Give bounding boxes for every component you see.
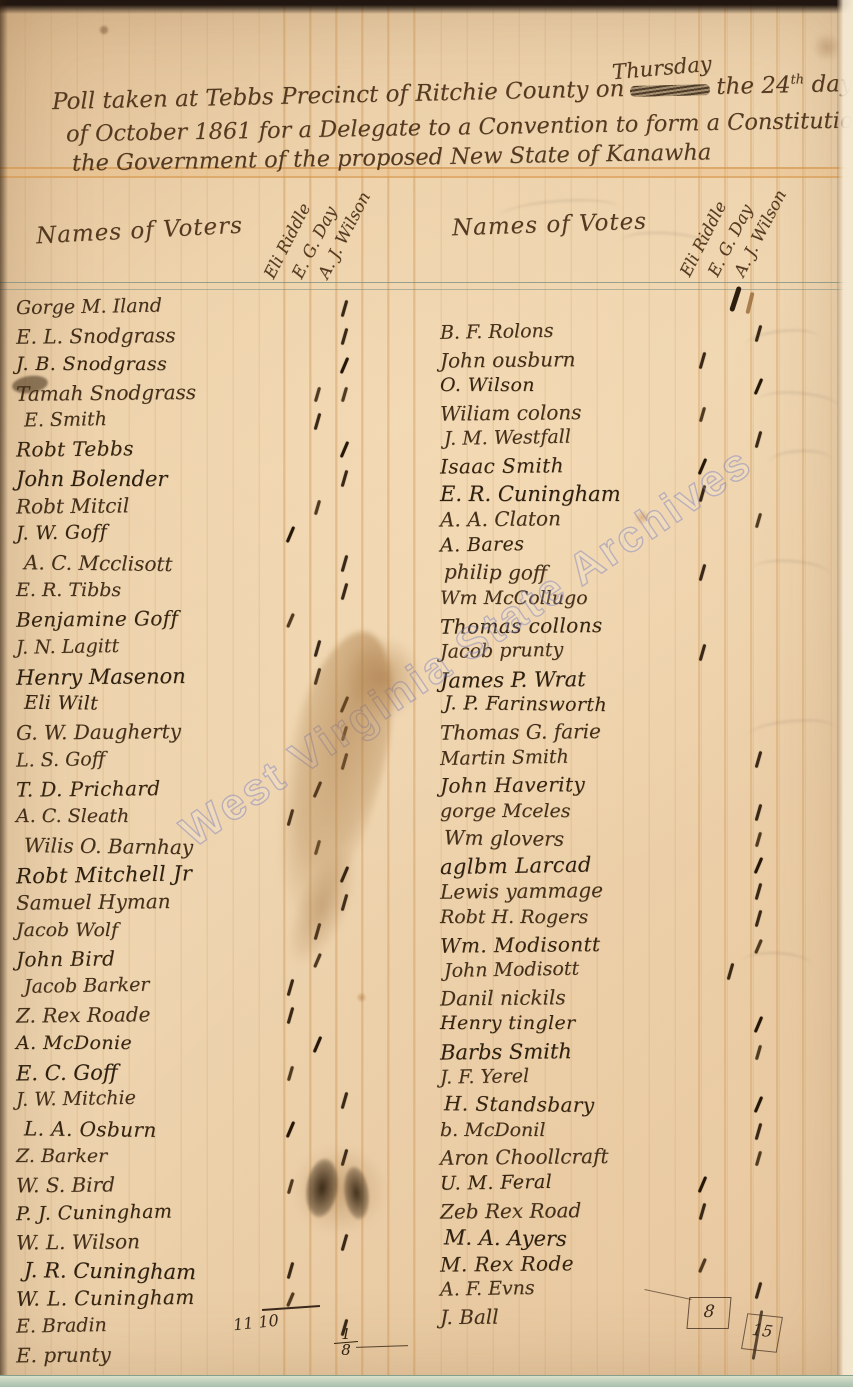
voter-row: gorge Mceles (420, 800, 853, 827)
voter-name: A. C. Mcclisott (0, 550, 173, 577)
voter-name: Gorge M. Iland (0, 295, 162, 322)
voter-row: A. McDonie (0, 1032, 420, 1060)
tally-mark (699, 564, 707, 581)
tally-mark (341, 328, 349, 345)
voter-name: Wiliam colons (420, 400, 582, 427)
tally-mark (754, 939, 763, 954)
table-top-double-rule (0, 282, 853, 290)
voter-name: Jacob Barker (0, 974, 150, 1000)
voter-name: E. L. Snodgrass (0, 323, 176, 350)
tally-mark (699, 1203, 707, 1220)
voter-name: E. C. Goff (0, 1059, 118, 1086)
page-left-edge (0, 0, 8, 1387)
voter-name: G. W. Daugherty (0, 720, 181, 747)
voter-name: Wilis O. Barnhay (0, 832, 193, 859)
page-bottom-edge (0, 1375, 853, 1387)
voter-name: b. McDonil (420, 1119, 545, 1143)
voter-row: J. F. Yerel (420, 1066, 853, 1093)
tally-mark (754, 1017, 763, 1034)
voter-name: Z. Rex Roade (0, 1003, 151, 1030)
voter-row: J. N. Lagitt (0, 636, 420, 664)
voter-row: Aron Choollcraft (420, 1145, 853, 1172)
tally-mark (755, 832, 762, 847)
voter-row: Robt Mitchell Jr (0, 862, 420, 890)
tally-mark (341, 387, 348, 402)
voter-name: J. N. Lagitt (0, 635, 119, 661)
voter-name: L. A. Osburn (0, 1116, 157, 1143)
tally-mark (341, 894, 349, 911)
voter-name: A. Bares (420, 533, 525, 559)
voter-name: M. A. Ayers (420, 1224, 567, 1252)
fraction-numerator: 1 (334, 1328, 358, 1341)
tally-mark (755, 804, 763, 821)
tally-mark (341, 1149, 349, 1166)
voter-row: Jacob Barker (0, 975, 420, 1003)
voter-name: Aron Choollcraft (420, 1144, 609, 1171)
tally-mark (314, 413, 322, 430)
voter-name: gorge Mceles (420, 800, 571, 824)
voter-row: J. W. Goff (0, 522, 420, 550)
tally-mark (314, 387, 321, 402)
tally-mark (755, 431, 763, 448)
voter-name: Benjamine Goff (0, 606, 179, 633)
tally-mark (314, 840, 321, 855)
tally-mark (755, 910, 763, 927)
page-top-edge (0, 0, 853, 14)
tally-mark (287, 809, 295, 826)
tally-mark (727, 963, 735, 980)
tally-mark (754, 378, 763, 395)
voter-row: Jacob Wolf (0, 919, 420, 947)
scratched-out-word (630, 84, 710, 97)
voter-row: W. S. Bird (0, 1173, 420, 1201)
voter-row: W. L. Cuningham (0, 1286, 420, 1314)
voter-row: J. R. Cuningham (0, 1258, 420, 1286)
voter-row: J. Ball (420, 1305, 853, 1332)
voter-row: James P. Wrat (420, 667, 853, 694)
fraction-denominator: 8 (334, 1344, 358, 1357)
tally-mark (340, 357, 349, 374)
tally-mark (287, 1007, 295, 1024)
voter-row: Samuel Hyman (0, 890, 420, 918)
voter-row: U. M. Feral (420, 1172, 853, 1199)
voter-row: Wm. Modisontt (420, 933, 853, 960)
tally-mark (314, 922, 322, 939)
voter-name: Danil nickils (420, 985, 566, 1012)
voter-name: John Bolender (0, 466, 167, 492)
voter-row: aglbm Larcad (420, 853, 853, 880)
voter-row: E. C. Goff (0, 1060, 420, 1088)
voter-name: U. M. Feral (420, 1171, 553, 1197)
poll-document-page: Poll taken at Tebbs Precinct of Ritchie … (0, 0, 853, 1387)
voter-name: H. Standsbary (420, 1091, 595, 1118)
tally-mark (287, 1179, 294, 1194)
voter-name: Thomas G. farie (420, 719, 601, 746)
voter-name: A. C. Sleath (0, 805, 129, 829)
tally-mark (340, 866, 349, 883)
stray-tally-mark (745, 292, 754, 314)
voter-name: T. D. Prichard (0, 776, 161, 803)
voter-name: John Modisott (420, 958, 580, 985)
voter-name: Z. Barker (0, 1145, 107, 1169)
voter-row: E. L. Snodgrass (0, 324, 420, 352)
voter-row: Danil nickils (420, 986, 853, 1013)
title-text-mid: the 24 (716, 72, 791, 100)
ordinal-superscript: th (790, 72, 804, 87)
voter-name: W. L. Wilson (0, 1229, 140, 1255)
title-text-pre: Poll taken at Tebbs Precinct of Ritchie … (52, 76, 625, 115)
voter-row: Henry Masenon (0, 664, 420, 692)
tally-mark (286, 1292, 295, 1307)
voter-name: J. W. Goff (0, 521, 107, 547)
voter-row: L. S. Goff (0, 749, 420, 777)
voter-name: Tamah Snodgrass (0, 380, 196, 407)
voter-name: Robt Mitchell Jr (0, 860, 193, 890)
voter-name: E. prunty (0, 1342, 111, 1368)
right-voter-list: B. F. RolonsJohn ousburnO. WilsonWiliam … (420, 321, 853, 1332)
voter-name: W. L. Cuningham (0, 1285, 195, 1312)
voter-name: Robt H. Rogers (420, 906, 588, 930)
voter-name: Jacob Wolf (0, 919, 118, 943)
tally-mark (313, 953, 322, 968)
names-of-voters-header-left: Names of Voters (35, 213, 243, 250)
voter-row: Wm glovers (420, 826, 853, 853)
voter-name: Henry tingler (420, 1012, 576, 1036)
voter-row: A. F. Evns (420, 1278, 853, 1305)
voter-row: John Bird (0, 947, 420, 975)
document-title-line-2: of October 1861 for a Delegate to a Conv… (66, 107, 853, 148)
tally-mark (755, 325, 763, 342)
voter-row: L. A. Osburn (0, 1117, 420, 1145)
tally-mark (754, 857, 763, 874)
voter-name: aglbm Larcad (420, 851, 592, 880)
voter-name: John ousburn (420, 347, 576, 374)
voter-name: Lewis yammage (420, 879, 603, 906)
voter-name: Robt Mitcil (0, 493, 129, 519)
voter-row: Robt H. Rogers (420, 906, 853, 933)
tally-mark (286, 526, 295, 543)
tally-mark (698, 1258, 707, 1273)
voter-row: E. R. Tibbs (0, 579, 420, 607)
tally-mark (699, 352, 707, 369)
voter-name: John Haverity (420, 772, 585, 799)
voter-row: Thomas G. farie (420, 720, 853, 747)
tally-mark (313, 1036, 322, 1053)
voter-name: J. B. Snodgrass (0, 353, 167, 377)
voter-name: Samuel Hyman (0, 889, 171, 916)
tally-mark (755, 1045, 762, 1060)
voter-name: A. F. Evns (420, 1277, 535, 1303)
voter-name: P. J. Cuningham (0, 1200, 173, 1227)
voter-name: L. S. Goff (0, 748, 105, 774)
voter-row: A. C. Mcclisott (0, 551, 420, 579)
voter-name: E. R. Tibbs (0, 579, 121, 603)
voter-name: J. W. Mitchie (0, 1087, 136, 1113)
voter-name: Isaac Smith (420, 453, 564, 480)
voter-name: Henry Masenon (0, 663, 186, 691)
voter-row: John Bolender (0, 466, 420, 494)
voter-row: P. J. Cuningham (0, 1202, 420, 1230)
voter-row: Henry tingler (420, 1012, 853, 1039)
tally-mark (755, 1123, 763, 1140)
voter-row: M. Rex Rode (420, 1252, 853, 1279)
tally-mark (698, 1176, 707, 1193)
voter-row: Benjamine Goff (0, 607, 420, 635)
voter-name: Robt Tebbs (0, 437, 134, 463)
tally-mark (755, 750, 763, 767)
tally-mark (755, 1151, 762, 1166)
tally-mark (755, 1282, 763, 1299)
voter-name: J. F. Yerel (420, 1065, 529, 1091)
voter-row: John ousburn (420, 348, 853, 375)
voter-row: J. P. Farinsworth (420, 693, 853, 720)
tally-mark (286, 613, 295, 628)
voter-name: Barbs Smith (420, 1038, 572, 1066)
tally-mark (755, 883, 763, 900)
voter-row: Lewis yammage (420, 879, 853, 906)
voter-name: Zeb Rex Road (420, 1198, 582, 1225)
voter-name: E. Smith (0, 408, 107, 434)
tally-mark (286, 1121, 295, 1138)
voter-row: J. M. Westfall (420, 427, 853, 454)
tally-mark (341, 1092, 349, 1109)
voter-name: John Bird (0, 946, 115, 972)
voter-name: E. R. Cuningham (420, 481, 621, 507)
tally-mark (314, 639, 322, 656)
document-title-line-1: Poll taken at Tebbs Precinct of Ritchie … (52, 71, 853, 115)
voter-row: J. B. Snodgrass (0, 353, 420, 381)
voter-row: John Haverity (420, 773, 853, 800)
voter-row: John Modisott (420, 959, 853, 986)
voter-row: Z. Barker (0, 1145, 420, 1173)
voter-row: Tamah Snodgrass (0, 381, 420, 409)
tally-fraction: 1 8 (334, 1328, 358, 1357)
voter-row: M. A. Ayers (420, 1225, 853, 1252)
boxed-count-note: 15 (741, 1313, 783, 1353)
voter-name: A. McDonie (0, 1032, 132, 1056)
voter-row: H. Standsbary (420, 1092, 853, 1119)
voter-row: Wiliam colons (420, 401, 853, 428)
voter-name: J. M. Westfall (420, 426, 571, 452)
voter-name: M. Rex Rode (420, 1251, 574, 1278)
voter-name: Eli Wilt (0, 692, 98, 717)
tally-mark (341, 470, 349, 487)
tally-mark (314, 668, 322, 685)
tally-mark (341, 583, 349, 600)
voter-name: J. P. Farinsworth (420, 692, 607, 718)
tally-mark (314, 500, 321, 515)
voter-row: philip goff (420, 560, 853, 587)
tally-mark (341, 300, 349, 317)
voter-name: W. S. Bird (0, 1173, 115, 1199)
tally-mark (340, 442, 349, 459)
paper-stain-spot (100, 26, 108, 34)
voter-row: Robt Mitcil (0, 494, 420, 522)
tally-mark (287, 979, 295, 996)
voter-name: Wm glovers (420, 825, 564, 852)
voter-row: Z. Rex Roade (0, 1003, 420, 1031)
voter-name: B. F. Rolons (420, 320, 554, 346)
tally-mark (699, 644, 707, 661)
voter-row: Zeb Rex Road (420, 1199, 853, 1226)
tally-mark (755, 513, 762, 528)
tally-mark (341, 1234, 349, 1251)
voter-row: Gorge M. Iland (0, 296, 420, 324)
voter-row: B. F. Rolons (420, 321, 853, 348)
voter-row: Martin Smith (420, 747, 853, 774)
voter-row: E. Smith (0, 409, 420, 437)
voter-name: J. R. Cuningham (0, 1257, 196, 1286)
tally-mark (754, 1096, 763, 1113)
voter-name: Wm. Modisontt (420, 932, 601, 959)
voter-row: Robt Tebbs (0, 437, 420, 465)
tally-mark (313, 781, 322, 798)
tally-mark (341, 555, 349, 572)
voter-name: O. Wilson (420, 374, 535, 398)
page-right-edge (837, 0, 853, 1387)
tally-mark (699, 407, 706, 422)
voter-row: b. McDonil (420, 1119, 853, 1146)
voter-row: Barbs Smith (420, 1039, 853, 1066)
voter-row: J. W. Mitchie (0, 1088, 420, 1116)
voter-row: W. L. Wilson (0, 1230, 420, 1258)
voter-name: Martin Smith (420, 745, 569, 771)
voter-name: J. Ball (420, 1305, 499, 1331)
voter-name: A. A. Claton (420, 506, 561, 532)
names-of-voters-header-right: Names of Votes (452, 209, 648, 242)
voter-row: Isaac Smith (420, 454, 853, 481)
boxed-count-note: 8 (686, 1297, 731, 1329)
voter-name: E. Bradin (0, 1314, 107, 1340)
tally-mark (287, 1066, 294, 1081)
voter-row: O. Wilson (420, 374, 853, 401)
tally-mark (287, 1262, 295, 1279)
